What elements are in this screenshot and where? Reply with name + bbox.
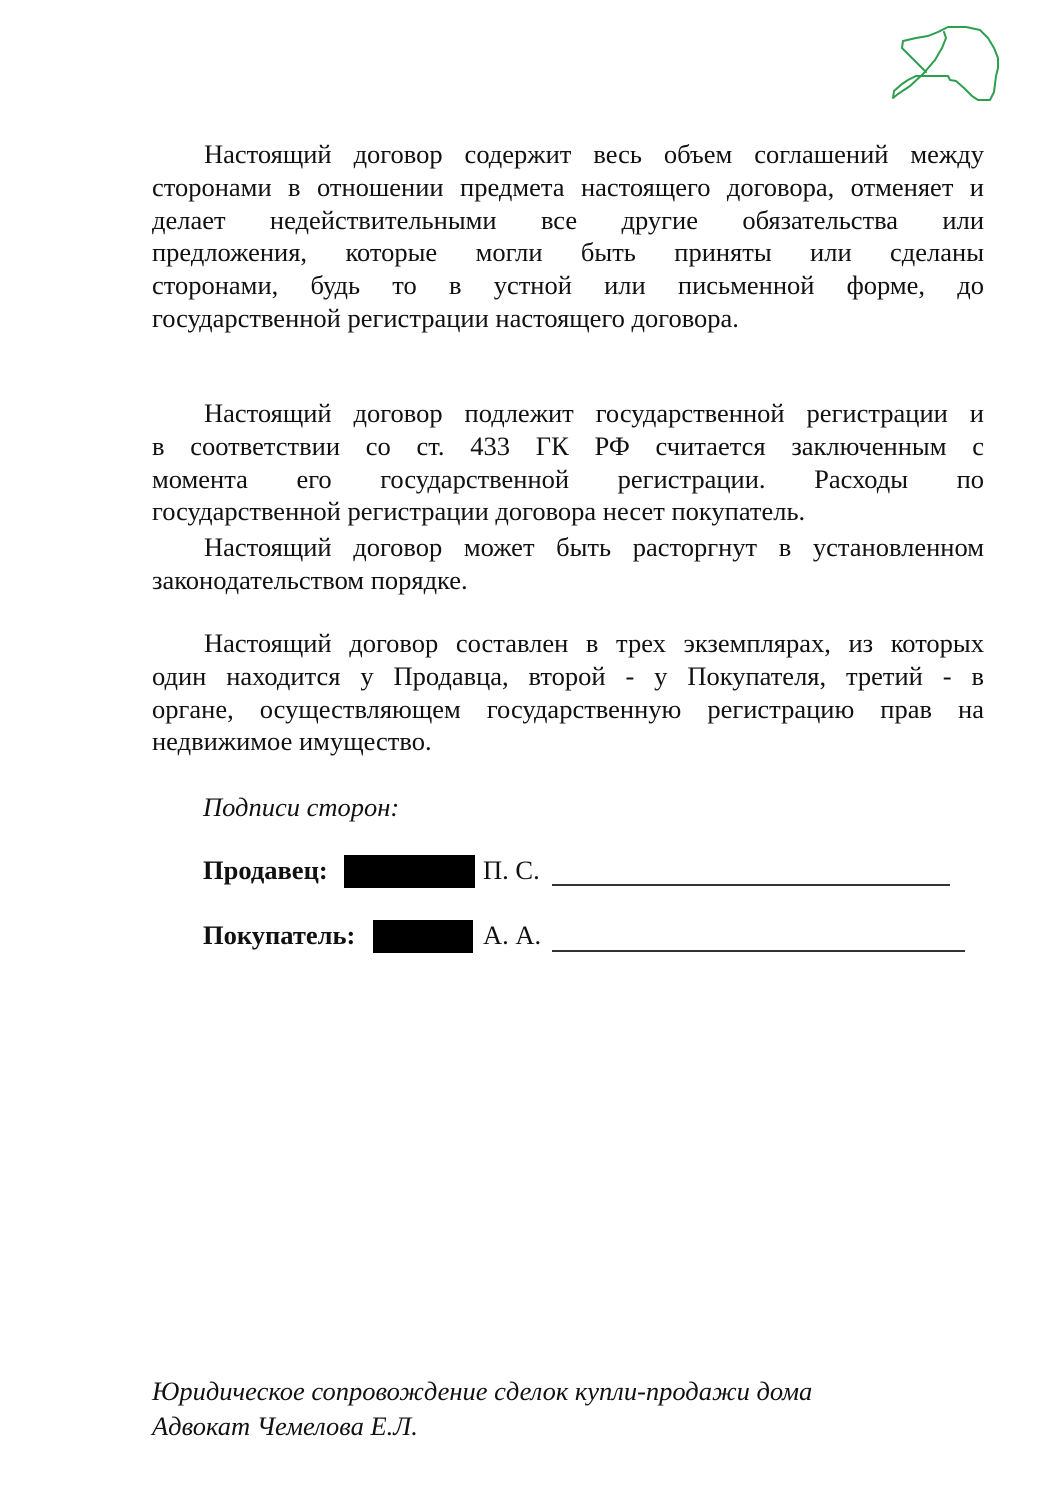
paragraph-line: Настоящий договор подлежит государственн…	[152, 397, 984, 430]
paragraph-entire-agreement: Настоящий договор содержит весь объем со…	[152, 138, 984, 335]
seller-name-redaction	[344, 855, 475, 888]
paragraph-line: органе, осуществляющем государственную р…	[152, 693, 984, 726]
paragraph-line: в соответствии со ст. 433 ГК РФ считаетс…	[152, 430, 984, 463]
buyer-name-redaction	[373, 920, 473, 953]
paragraph-line: сторонами, будь то в устной или письменн…	[152, 269, 984, 302]
footer-attribution: Юридическое сопровождение сделок купли-п…	[152, 1374, 812, 1444]
paragraph-line: законодательством порядке.	[152, 564, 984, 597]
footer-line-service: Юридическое сопровождение сделок купли-п…	[152, 1374, 812, 1409]
paragraph-line: Настоящий договор может быть расторгнут …	[152, 531, 984, 564]
paragraph-line: сторонами в отношении предмета настоящег…	[152, 171, 984, 204]
footer-line-lawyer: Адвокат Чемелова Е.Л.	[152, 1409, 812, 1444]
paragraph-line: недвижимое имущество.	[152, 725, 984, 758]
paragraph-line: Настоящий договор составлен в трех экзем…	[152, 627, 984, 660]
paragraph-line: государственной регистрации договора нес…	[152, 495, 984, 528]
paragraph-line: момента его государственной регистрации.…	[152, 463, 984, 496]
buyer-signature-line	[552, 950, 965, 952]
buyer-role-label: Покупатель:	[203, 920, 355, 951]
signatures-heading: Подписи сторон:	[203, 792, 399, 823]
paragraph-line: предложения, которые могли быть приняты …	[152, 236, 984, 269]
seller-signature-line	[552, 884, 950, 886]
handwritten-initial-mark-icon	[890, 26, 1002, 106]
paragraph-line: один находится у Продавца, второй - у По…	[152, 660, 984, 693]
buyer-initials: А. А.	[483, 920, 541, 951]
paragraph-state-registration: Настоящий договор подлежит государственн…	[152, 397, 984, 528]
paragraph-termination: Настоящий договор может быть расторгнут …	[152, 531, 984, 597]
paragraph-copies: Настоящий договор составлен в трех экзем…	[152, 627, 984, 758]
paragraph-line: Настоящий договор содержит весь объем со…	[152, 138, 984, 171]
paragraph-line: государственной регистрации настоящего д…	[152, 302, 984, 335]
paragraph-line: делает недействительными все другие обяз…	[152, 204, 984, 237]
seller-role-label: Продавец:	[203, 855, 328, 886]
seller-initials: П. С.	[483, 855, 540, 886]
